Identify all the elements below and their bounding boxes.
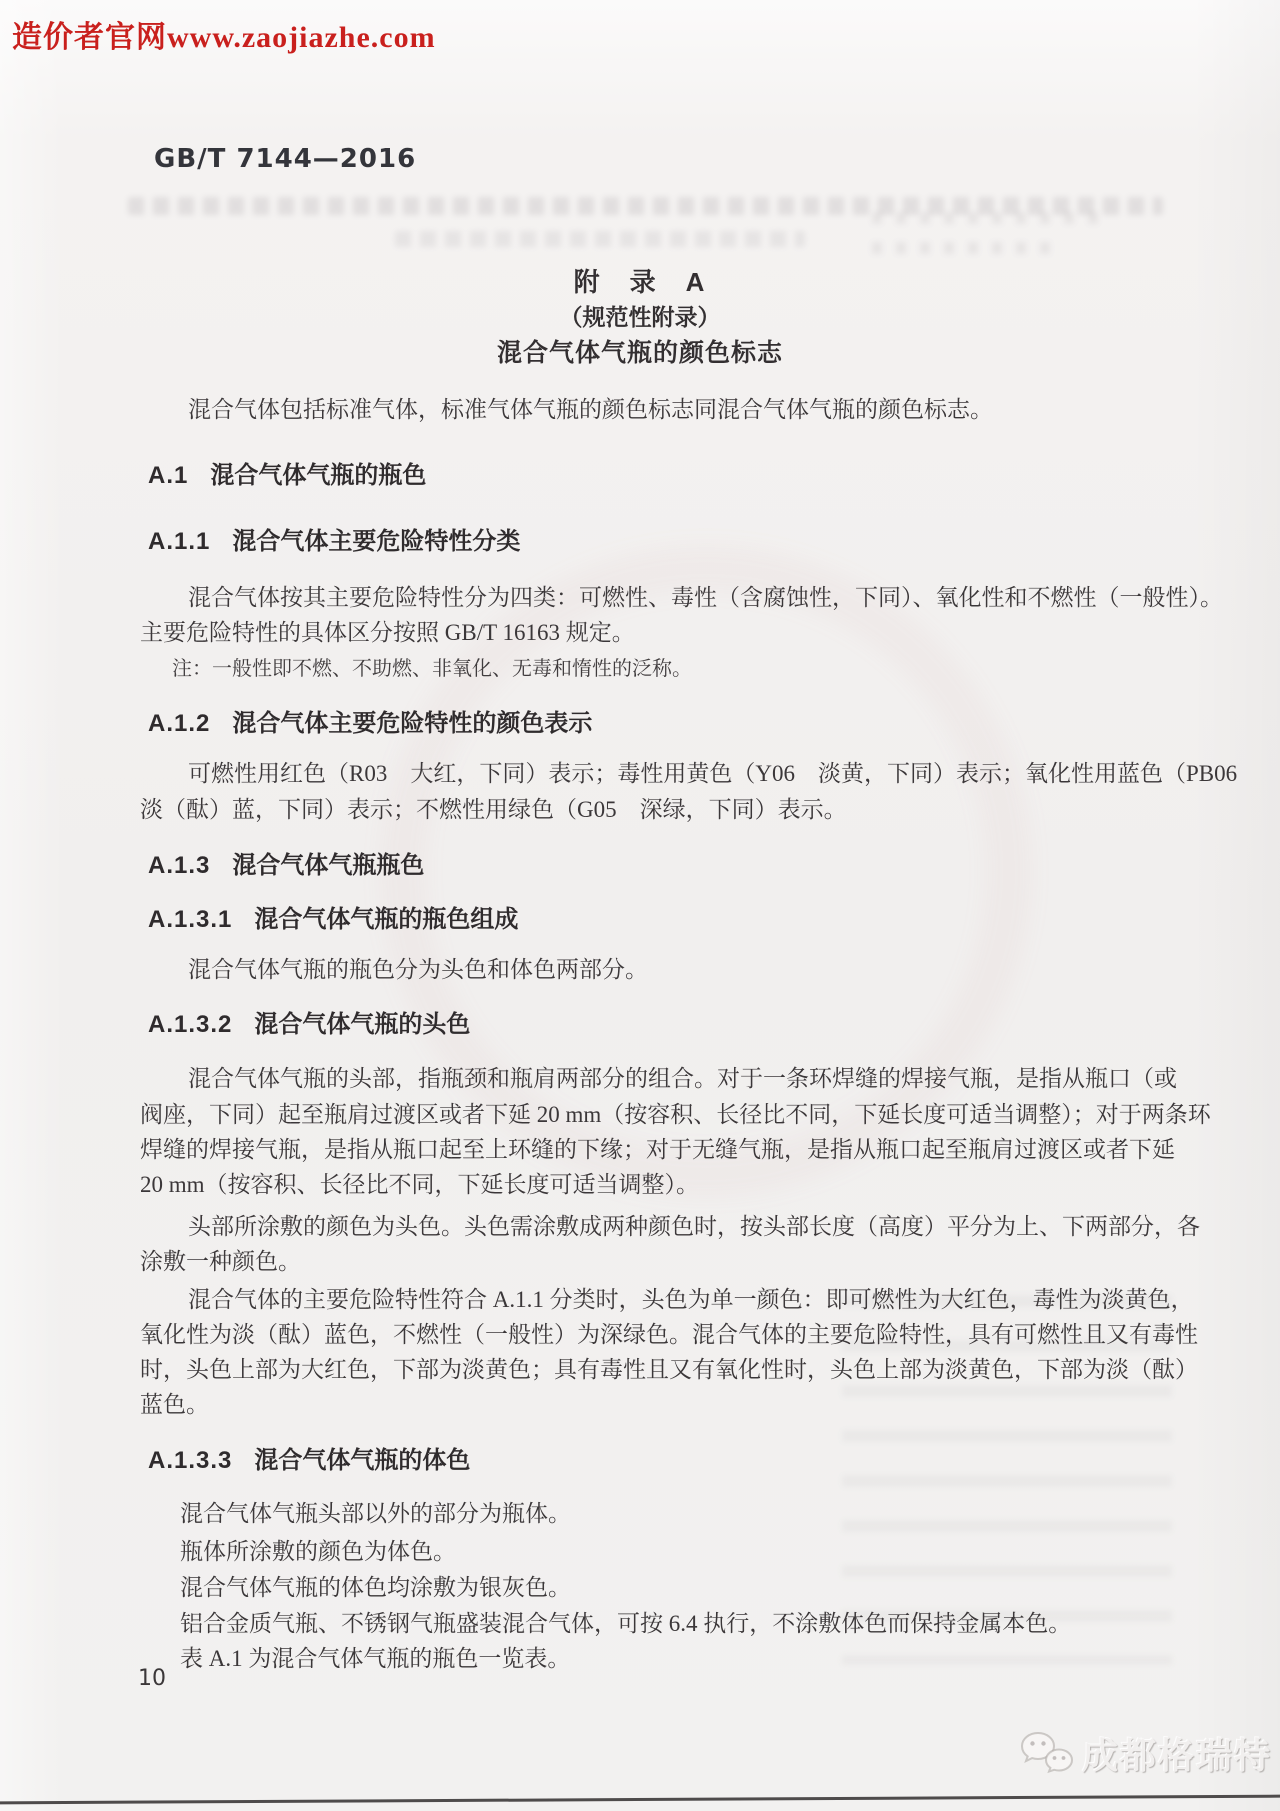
page-number: 10 — [138, 1666, 166, 1691]
section-title: 混合气体气瓶的体色 — [254, 1447, 470, 1474]
section-heading-a131: A.1.3.1混合气体气瓶的瓶色组成 — [148, 899, 518, 934]
section-heading-a1: A.1混合气体气瓶的瓶色 — [148, 455, 426, 490]
bleed-through-ghost — [395, 231, 805, 247]
paragraph-line: 混合气体气瓶的头部，指瓶颈和瓶肩两部分的组合。对于一条环焊缝的焊接气瓶，是指从瓶… — [188, 1060, 1177, 1093]
section-heading-a13: A.1.3混合气体气瓶瓶色 — [148, 845, 424, 880]
paragraph-line: 瓶体所涂敷的颜色为体色。 — [180, 1533, 456, 1566]
section-heading-a12: A.1.2混合气体主要危险特性的颜色表示 — [148, 703, 592, 738]
section-heading-a132: A.1.3.2混合气体气瓶的头色 — [148, 1004, 470, 1039]
paragraph-line: 可燃性用红色（R03 大红，下同）表示；毒性用黄色（Y06 淡黄，下同）表示；氧… — [188, 755, 1237, 788]
section-heading-a133: A.1.3.3混合气体气瓶的体色 — [148, 1440, 470, 1475]
paragraph-line: 涂敷一种颜色。 — [140, 1243, 301, 1276]
section-number: A.1.3.2 — [148, 1011, 232, 1038]
corner-watermark-text: 成都格瑞特 — [1082, 1728, 1272, 1779]
section-title: 混合气体气瓶瓶色 — [232, 852, 424, 879]
paragraph-line: 表 A.1 为混合气体气瓶的瓶色一览表。 — [180, 1640, 570, 1673]
section-title: 混合气体气瓶的瓶色组成 — [254, 906, 518, 933]
corner-watermark: 成都格瑞特 — [1018, 1728, 1272, 1779]
paragraph-line: 氧化性为淡（酞）蓝色，不燃性（一般性）为深绿色。混合气体的主要危险特性，具有可燃… — [140, 1316, 1198, 1349]
section-number: A.1 — [148, 462, 188, 489]
appendix-type-note: （规范性附录） — [140, 299, 1140, 332]
section-title: 混合气体气瓶的瓶色 — [210, 462, 426, 489]
section-title: 混合气体主要危险特性的颜色表示 — [232, 710, 592, 737]
section-number: A.1.2 — [148, 710, 210, 737]
paragraph-line: 混合气体气瓶的体色均涂敷为银灰色。 — [180, 1569, 571, 1602]
paragraph-line: 混合气体气瓶的瓶色分为头色和体色两部分。 — [188, 951, 648, 984]
section-title: 混合气体主要危险特性分类 — [232, 528, 520, 555]
section-number: A.1.1 — [148, 528, 210, 555]
bleed-through-ghost — [872, 242, 1052, 254]
paragraph-line: 阀座，下同）起至瓶肩过渡区或者下延 20 mm（按容积、长径比不同，下延长度可适… — [140, 1096, 1211, 1129]
paragraph-line: 头部所涂敷的颜色为头色。头色需涂敷成两种颜色时，按头部长度（高度）平分为上、下两… — [188, 1208, 1200, 1241]
scanned-document-page: 造价者官网www.zaojiazhe.com GB/T 7144—2016 附 … — [0, 0, 1280, 1811]
section-heading-a11: A.1.1混合气体主要危险特性分类 — [148, 521, 520, 556]
paragraph-line: 时，头色上部为大红色，下部为淡黄色；具有毒性且又有氧化性时，头色上部为淡黄色，下… — [140, 1351, 1198, 1384]
scan-bottom-edge-line — [0, 1795, 1280, 1805]
note-line: 注：一般性即不燃、不助燃、非氧化、无毒和惰性的泛称。 — [172, 652, 692, 681]
paragraph-line: 混合气体的主要危险特性符合 A.1.1 分类时，头色为单一颜色：即可燃性为大红色… — [188, 1281, 1194, 1314]
paragraph-line: 混合气体包括标准气体，标准气体气瓶的颜色标志同混合气体气瓶的颜色标志。 — [188, 391, 993, 424]
section-number: A.1.3.3 — [148, 1447, 232, 1474]
appendix-label: 附 录 A — [140, 262, 1140, 299]
paragraph-line: 混合气体气瓶头部以外的部分为瓶体。 — [180, 1495, 571, 1528]
document-code: GB/T 7144—2016 — [154, 144, 416, 174]
section-number: A.1.3 — [148, 852, 210, 879]
paragraph-line: 20 mm（按容积、长径比不同，下延长度可适当调整）。 — [140, 1166, 699, 1199]
paragraph-line: 焊缝的焊接气瓶，是指从瓶口起至上环缝的下缘；对于无缝气瓶，是指从瓶口起至瓶肩过渡… — [140, 1131, 1175, 1164]
site-watermark-text: 造价者官网www.zaojiazhe.com — [12, 12, 436, 56]
appendix-title: 混合气体气瓶的颜色标志 — [140, 333, 1140, 369]
section-number: A.1.3.1 — [148, 906, 232, 933]
paragraph-line: 混合气体按其主要危险特性分为四类：可燃性、毒性（含腐蚀性，下同）、氧化性和不燃性… — [188, 579, 1223, 612]
paragraph-line: 淡（酞）蓝，下同）表示；不燃性用绿色（G05 深绿，下同）表示。 — [140, 791, 847, 824]
paragraph-line: 铝合金质气瓶、不锈钢气瓶盛装混合气体，可按 6.4 执行，不涂敷体色而保持金属本… — [180, 1605, 1071, 1638]
section-title: 混合气体气瓶的头色 — [254, 1011, 470, 1038]
bleed-through-ghost — [872, 212, 1102, 224]
wechat-icon — [1018, 1729, 1076, 1779]
paragraph-line: 主要危险特性的具体区分按照 GB/T 16163 规定。 — [140, 614, 635, 647]
paragraph-line: 蓝色。 — [140, 1386, 209, 1419]
